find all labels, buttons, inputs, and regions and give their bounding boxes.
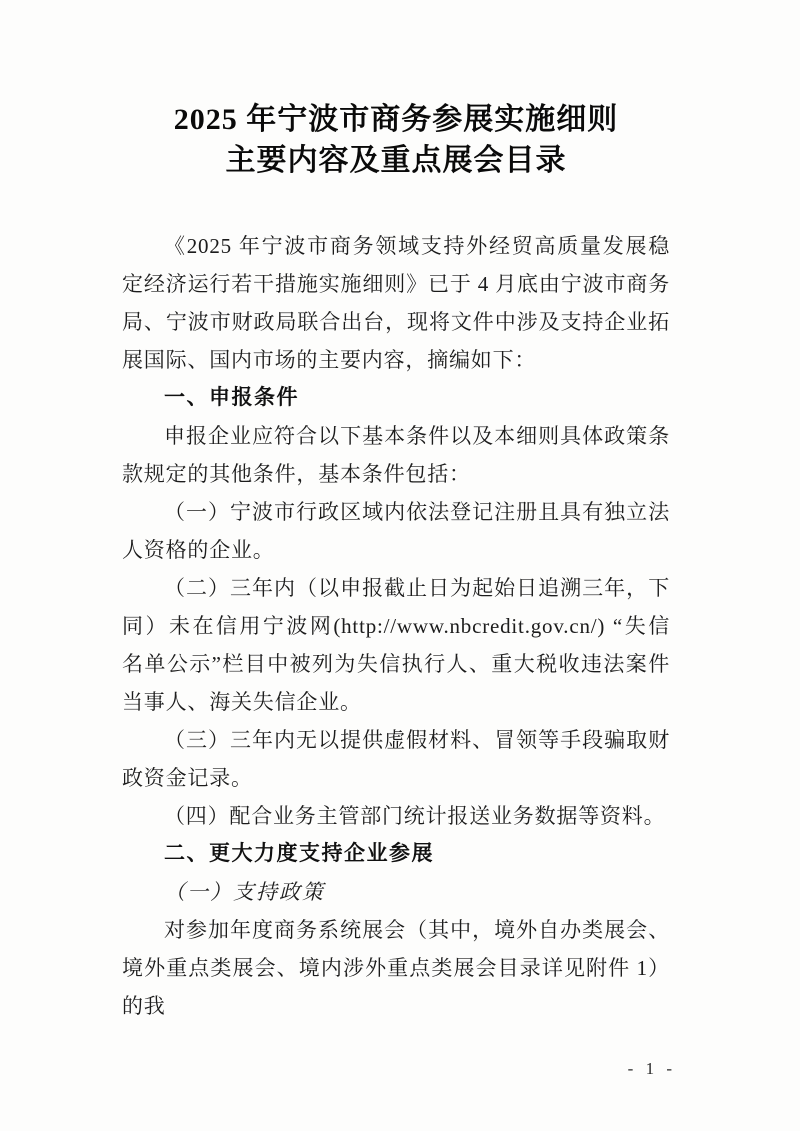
support-policy-paragraph: 对参加年度商务系统展会（其中，境外自办类展会、境外重点类展会、境内涉外重点类展会…: [122, 911, 670, 1025]
section-1-intro-paragraph: 申报企业应符合以下基本条件以及本细则具体政策条款规定的其他条件，基本条件包括：: [122, 417, 670, 493]
condition-item-4: （四）配合业务主管部门统计报送业务数据等资料。: [122, 797, 670, 835]
document-title: 2025 年宁波市商务参展实施细则 主要内容及重点展会目录: [122, 99, 670, 181]
condition-item-3: （三）三年内无以提供虚假材料、冒领等手段骗取财政资金记录。: [122, 721, 670, 797]
condition-item-2: （二）三年内（以申报截止日为起始日追溯三年，下同）未在信用宁波网(http://…: [122, 569, 670, 721]
page-number: - 1 -: [628, 1059, 676, 1079]
condition-item-1: （一）宁波市行政区域内依法登记注册且具有独立法人资格的企业。: [122, 493, 670, 569]
document-title-line1: 2025 年宁波市商务参展实施细则: [122, 99, 670, 140]
section-2-subheading-support-policy: （一）支持政策: [122, 873, 670, 911]
document-page: 2025 年宁波市商务参展实施细则 主要内容及重点展会目录 《2025 年宁波市…: [0, 0, 800, 1131]
intro-paragraph: 《2025 年宁波市商务领域支持外经贸高质量发展稳定经济运行若干措施实施细则》已…: [122, 227, 670, 379]
section-2-heading: 二、更大力度支持企业参展: [122, 835, 670, 873]
document-title-line2: 主要内容及重点展会目录: [122, 140, 670, 181]
document-content: 2025 年宁波市商务参展实施细则 主要内容及重点展会目录 《2025 年宁波市…: [122, 0, 670, 1025]
section-1-heading: 一、申报条件: [122, 379, 670, 417]
